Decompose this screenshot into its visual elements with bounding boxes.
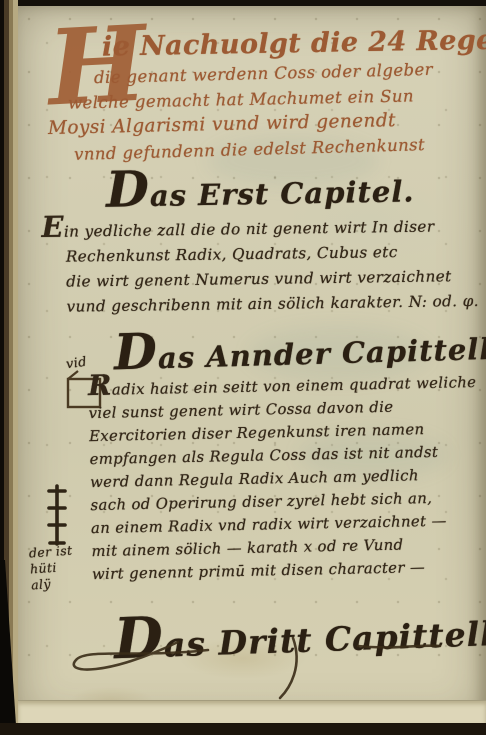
manuscript-scan: H ie Nachuolgt die 24 Regell die genant … (0, 0, 486, 735)
margin-caption: der ist hüti alÿ (28, 543, 75, 594)
page-bottom-edge (18, 700, 486, 723)
text-line: der ist (28, 543, 73, 562)
chapter-1-heading: Das Erst Capitel. (106, 155, 415, 218)
text-line: alÿ (31, 574, 76, 593)
photo-edge-bottom (0, 723, 486, 735)
chapter-2-paragraph: Radix haist ein seitt von einem quadrat … (88, 366, 484, 586)
manuscript-page: H ie Nachuolgt die 24 Regell die genant … (18, 6, 486, 723)
chapter-1-paragraph: Ein yedliche zall die do nit genent wirt… (41, 209, 472, 320)
page-title: ie Nachuolgt die 24 Regell (102, 24, 486, 62)
calligraphic-flourish (58, 636, 448, 710)
text-line: Ein yedliche zall die do nit genent wirt… (41, 209, 471, 245)
